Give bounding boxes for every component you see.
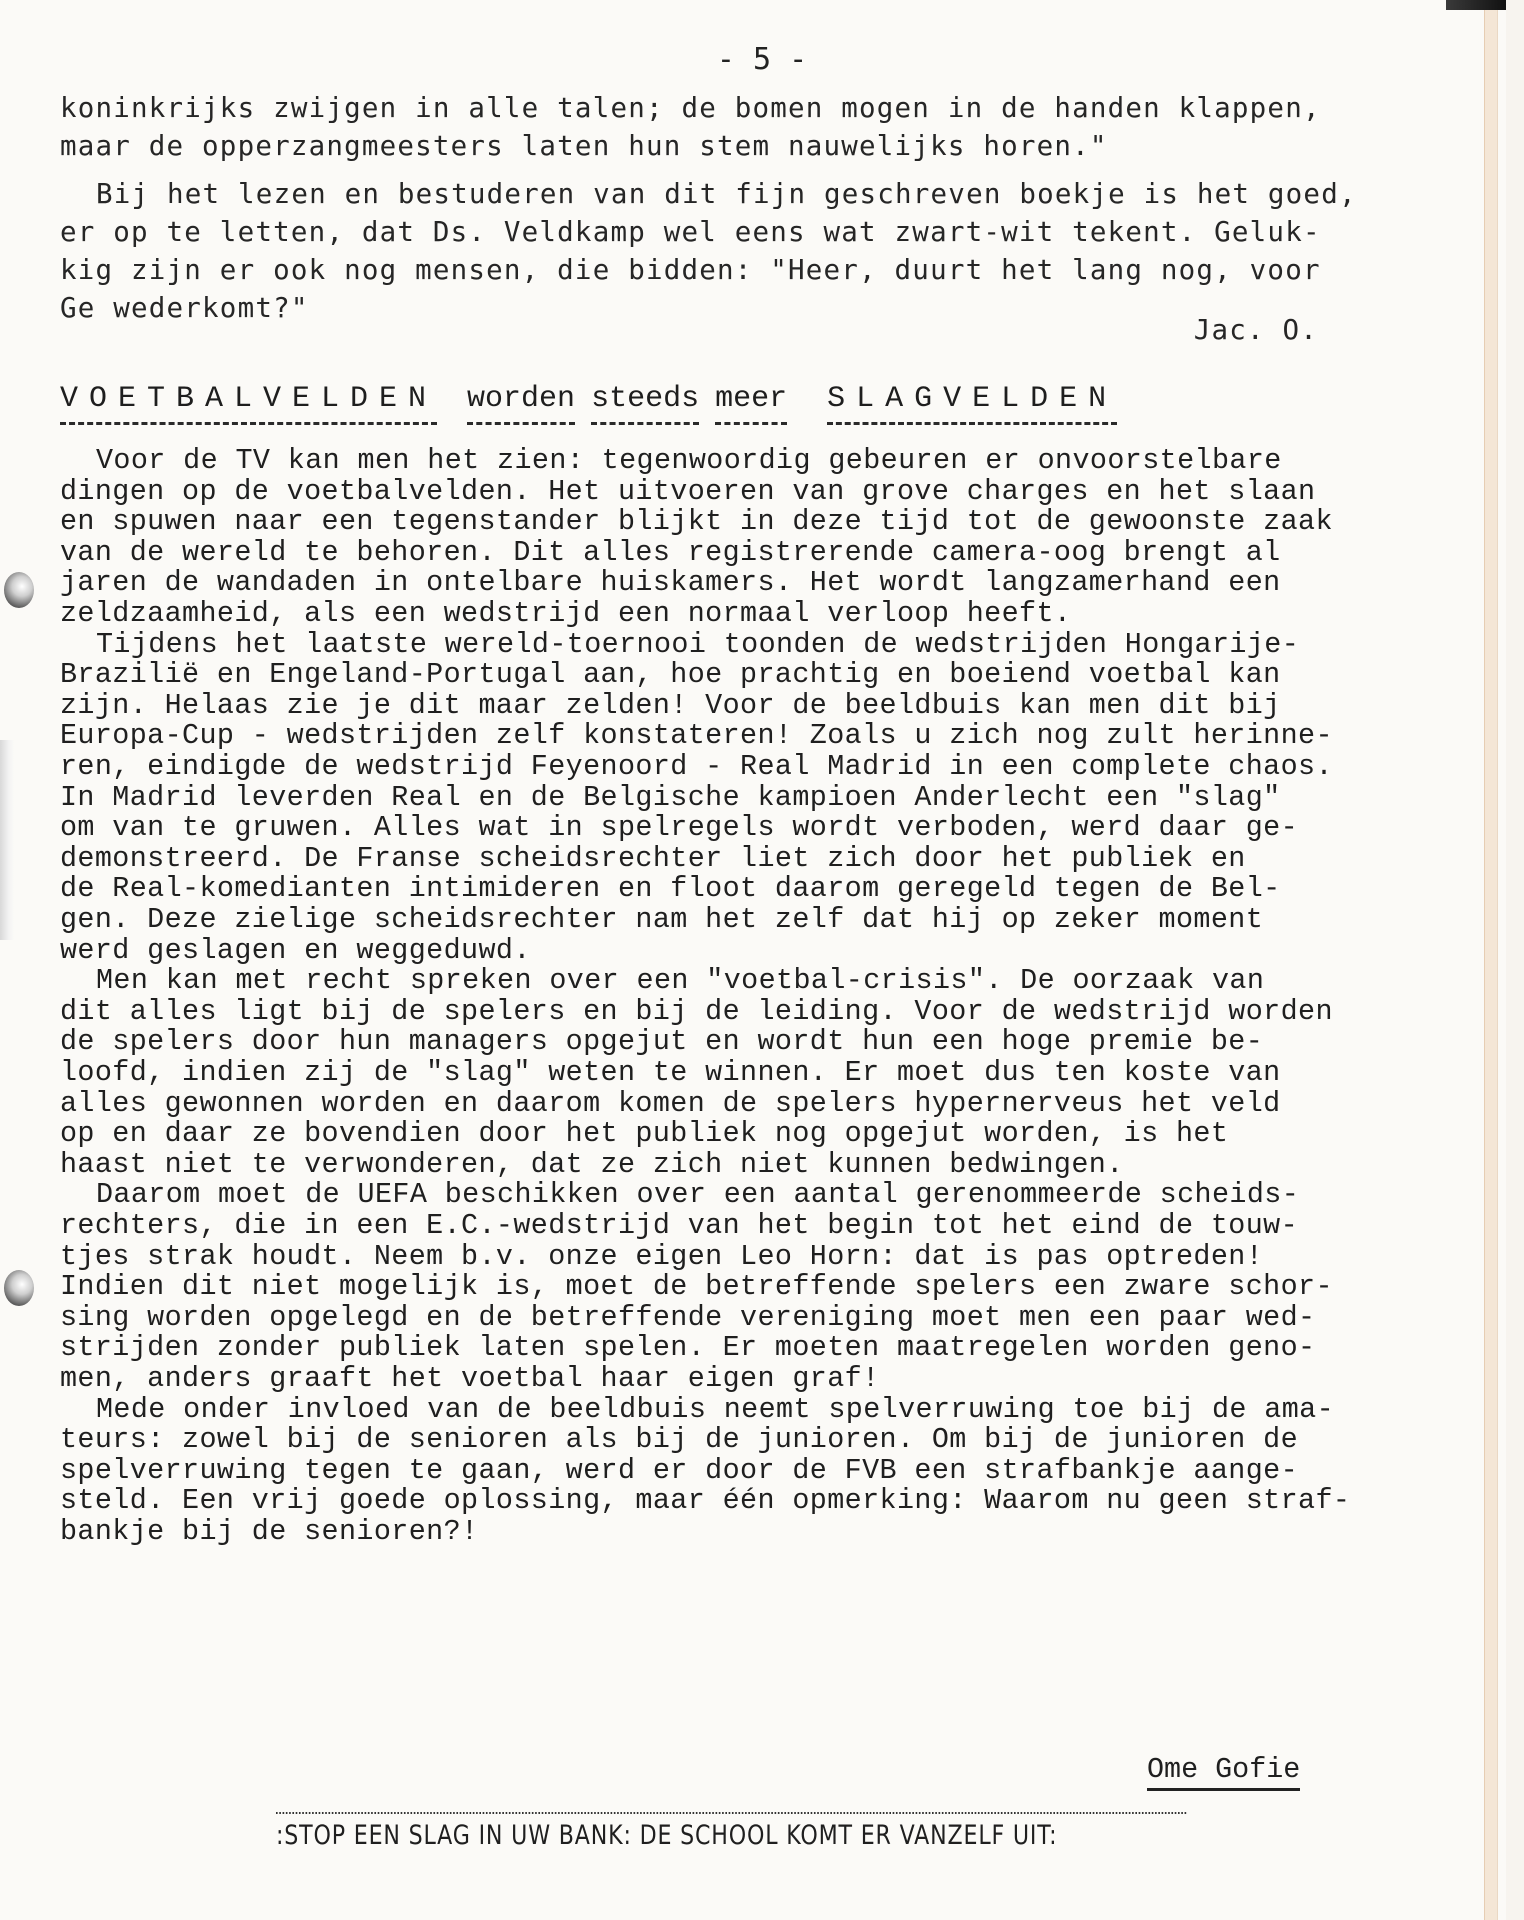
headline-word: worden [467,382,575,425]
previous-article-signature: Jac. O. [1194,314,1318,346]
text-line: Ge wederkomt?" [60,292,309,324]
text-line: Europa-Cup - wedstrijden zelf konstatere… [60,719,1333,752]
page-number: - 5 - [0,42,1524,77]
text-line: loofd, indien zij de "slag" weten te win… [60,1056,1281,1089]
text-line: Voor de TV kan men het zien: tegenwoordi… [96,444,1282,477]
headline-word: VOETBALVELDEN [60,382,437,425]
text-line: kig zijn er ook nog mensen, die bidden: … [60,254,1321,286]
headline-word: SLAGVELDEN [827,382,1117,425]
document-page: - 5 - koninkrijks zwijgen in alle talen;… [0,0,1506,1920]
text-line: om van te gruwen. Alles wat in spelregel… [60,811,1298,844]
text-line: dingen op de voetbalvelden. Het uitvoere… [60,475,1315,508]
text-line: zeldzaamheid, als een wedstrijd een norm… [60,597,1071,630]
text-line: gen. Deze zielige scheidsrechter nam het… [60,903,1263,936]
binder-clip-icon [0,740,14,940]
text-line: rechters, die in een E.C.-wedstrijd van … [60,1209,1298,1242]
text-line: alles gewonnen worden en daarom komen de… [60,1087,1281,1120]
text-line: bankje bij de senioren?! [60,1515,479,1548]
text-line: men, anders graaft het voetbal haar eige… [60,1362,880,1395]
text-line: demonstreerd. De Franse scheidsrechter l… [60,842,1246,875]
text-line: teurs: zowel bij de senioren als bij de … [60,1423,1298,1456]
text-line: er op te letten, dat Ds. Veldkamp wel ee… [60,216,1321,248]
text-line: Tijdens het laatste wereld-toernooi toon… [96,628,1299,661]
text-line: Mede onder invloed van de beeldbuis neem… [96,1393,1334,1426]
text-line: spelverruwing tegen te gaan, werd er doo… [60,1454,1298,1487]
text-line: Bij het lezen en bestuderen van dit fijn… [96,178,1357,210]
text-line: steld. Een vrij goede oplossing, maar éé… [60,1484,1350,1517]
article-author: Ome Gofie [1147,1753,1300,1791]
page-corner-shadow [1446,0,1506,10]
text-line: maar de opperzangmeesters laten hun stem… [60,130,1108,162]
headline-word: steeds [591,382,699,425]
text-line: sing worden opgelegd en de betreffende v… [60,1301,1315,1334]
page-edge-strip [1484,10,1498,1920]
text-line: werd geslagen en weggeduwd. [60,934,531,967]
text-line: en spuwen naar een tegenstander blijkt i… [60,505,1333,538]
article-headline: VOETBALVELDEN worden steeds meer SLAGVEL… [60,382,1147,425]
text-line: Indien dit niet mogelijk is, moet de bet… [60,1270,1333,1303]
text-line: van de wereld te behoren. Dit alles regi… [60,536,1281,569]
text-line: tjes strak houdt. Neem b.v. onze eigen L… [60,1240,1263,1273]
text-line: strijden zonder publiek laten spelen. Er… [60,1331,1315,1364]
text-line: Daarom moet de UEFA beschikken over een … [96,1178,1299,1211]
text-line: jaren de wandaden in ontelbare huiskamer… [60,566,1281,599]
text-line: ren, eindigde de wedstrijd Feyenoord - R… [60,750,1333,783]
text-line: koninkrijks zwijgen in alle talen; de bo… [60,92,1321,124]
text-line: op en daar ze bovendien door het publiek… [60,1117,1228,1150]
binding-hole-icon [4,1270,34,1306]
text-line: zijn. Helaas zie je dit maar zelden! Voo… [60,689,1281,722]
text-line: dit alles ligt bij de spelers en bij de … [60,995,1333,1028]
text-line: haast niet te verwonderen, dat ze zich n… [60,1148,1124,1181]
headline-word: meer [715,382,787,425]
text-line: In Madrid leverden Real en de Belgische … [60,781,1281,814]
text-line: de spelers door hun managers opgejut en … [60,1025,1263,1058]
footer-banner: :STOP EEN SLAG IN UW BANK: DE SCHOOL KOM… [276,1812,1186,1851]
binding-hole-icon [4,572,34,608]
text-line: Brazilië en Engeland-Portugal aan, hoe p… [60,658,1281,691]
text-line: Men kan met recht spreken over een "voet… [96,964,1264,997]
text-line: de Real-komedianten intimideren en floot… [60,872,1281,905]
